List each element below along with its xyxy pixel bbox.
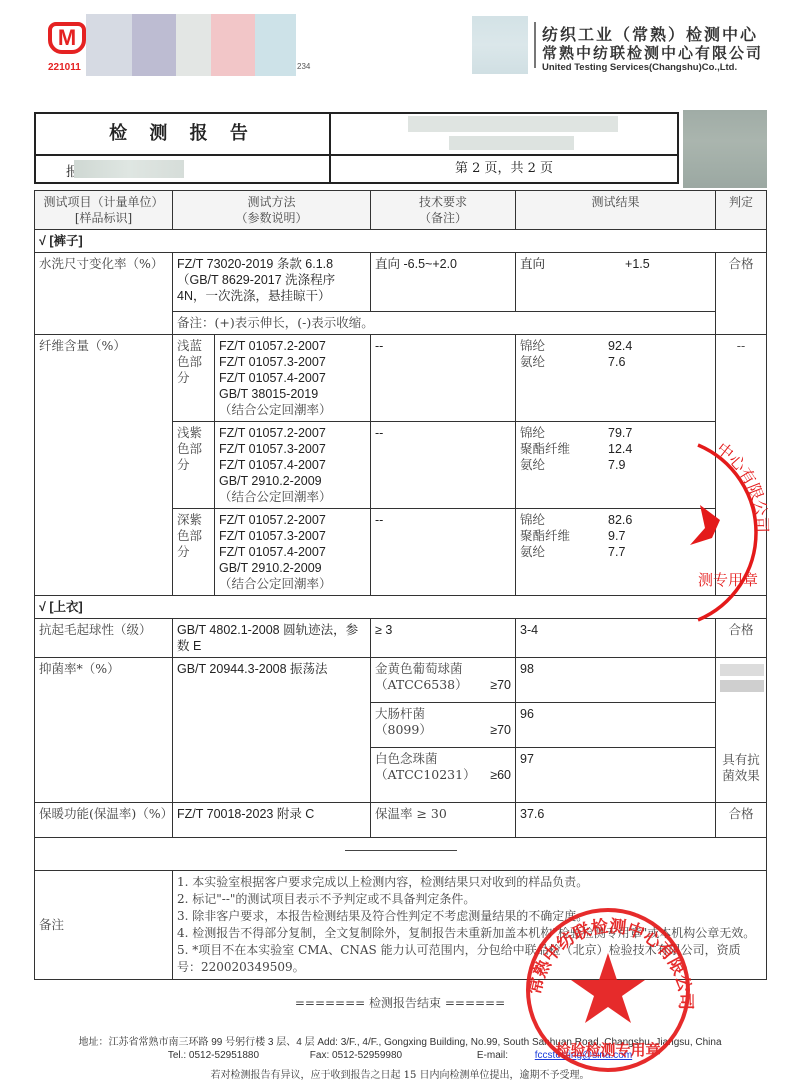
item-pilling: 抗起毛起球性（级） [35,619,173,658]
redacted-block [86,14,132,76]
verdict-antibacterial: 具有抗菌效果 [716,658,767,803]
note-item: 3. 除非客户要求，本报告检测结果及符合性判定不考虑测量结果的不确定度。 [177,908,762,925]
header-verdict: 判定 [716,191,767,230]
table-row: 抗起毛起球性（级） GB/T 4802.1-2008 圆轨迹法，参数 E ≥ 3… [35,619,767,658]
note-item: 4. 检测报告不得部分复制，全文复制除外，复制报告未重新加盖本机构"检验检测专用… [177,925,762,942]
table-row: 保暖功能(保温率)（%） FZ/T 70018-2023 附录 C 保温率 ≥ … [35,803,767,838]
method-pilling: GB/T 4802.1-2008 圆轨迹法，参数 E [173,619,371,658]
part-requirement: -- [371,335,516,422]
part-label: 深紫色部分 [173,509,215,596]
header-requirement: 技术要求 （备注） [371,191,516,230]
requirement-wash: 直向 -6.5~+2.0 [371,253,516,312]
footer-fax: Fax: 0512-52959980 [310,1050,402,1061]
requirement-pilling: ≥ 3 [371,619,516,658]
redacted-report-number [74,160,184,178]
report-title: 检 测 报 告 [36,114,329,154]
part-methods: FZ/T 01057.2-2007FZ/T 01057.3-2007FZ/T 0… [215,335,371,422]
part-requirement: -- [371,422,516,509]
method-antibacterial: GB/T 20944.3-2008 振荡法 [173,658,371,803]
part-label: 浅蓝色部分 [173,335,215,422]
redacted-block [176,14,211,76]
header-item: 测试项目（计量单位） [样品标识] [35,191,173,230]
section-label: √ [裤子] [35,230,767,253]
org-name-en: United Testing Services(Changshu)Co.,Ltd… [542,62,737,73]
header-result: 测试结果 [516,191,716,230]
method-line: 4N，一次洗涤，悬挂晾干） [177,288,366,304]
table-row: 纤维含量（%） 浅蓝色部分 FZ/T 01057.2-2007FZ/T 0105… [35,335,767,422]
item-antibacterial: 抑菌率*（%） [35,658,173,803]
results-table: 测试项目（计量单位） [样品标识] 测试方法 （参数说明） 技术要求 （备注） … [34,190,767,980]
strain-result: 96 [516,703,716,748]
divider [534,22,536,68]
method-warmth: FZ/T 70018-2023 附录 C [173,803,371,838]
method-wash: FZ/T 73020-2019 条款 6.1.8 （GB/T 8629-2017… [173,253,371,312]
footer-email: E-mail: fccstesting@sina.com [453,1050,632,1061]
separator-line [345,850,457,851]
section-row-top: √ [上衣] [35,596,767,619]
strain-result: 98 [516,658,716,703]
page-info: 第 2 页，共 2 页 [331,156,677,182]
strain-requirement: 大肠杆菌 （8099）≥70 [371,703,516,748]
strain-result: 97 [516,748,716,803]
part-requirement: -- [371,509,516,596]
redacted-client [408,116,618,132]
verdict-pilling: 合格 [716,619,767,658]
table-header-row: 测试项目（计量单位） [样品标识] 测试方法 （参数说明） 技术要求 （备注） … [35,191,767,230]
report-end-marker: ======= 检测报告结束 ====== [0,994,800,1011]
redacted-qr-code [683,110,767,188]
table-row: 备注 1. 本实验室根据客户要求完成以上检测内容，检测结果只对收到的样品负责。 … [35,871,767,980]
requirement-warmth: 保温率 ≥ 30 [371,803,516,838]
note-wash: 备注：(+)表示伸长，(-)表示收缩。 [173,312,716,335]
table-row [35,838,767,871]
footer-address: 地址：江苏省常熟市南三环路 99 号躬行楼 3 层、4 层 Add: 3/F.,… [0,1033,800,1048]
result-pilling: 3-4 [516,619,716,658]
strain-requirement: 白色念珠菌 （ATCC10231）≥60 [371,748,516,803]
verdict-wash: 合格 [716,253,767,335]
item-warmth: 保暖功能(保温率)（%） [35,803,173,838]
part-results: 锦纶79.7 聚酯纤维12.4 氨纶7.9 [516,422,716,509]
result-label: 直向 [520,256,625,272]
method-line: FZ/T 73020-2019 条款 6.1.8 [177,256,366,272]
separator-row [35,838,767,871]
result-warmth: 37.6 [516,803,716,838]
note-item: 2. 标记"--"的测试项目表示不予判定或不具备判定条件。 [177,891,762,908]
cert-number-suffix: 234 [297,62,310,71]
verdict-fiber: -- [716,335,767,596]
report-title-box: 检 测 报 告 报 第 2 页，共 2 页 [34,112,679,184]
cma-logo: M [48,22,86,54]
redacted-block [211,14,255,76]
redacted-logos [86,14,296,76]
part-results: 锦纶82.6 聚酯纤维9.7 氨纶7.7 [516,509,716,596]
redacted-block [255,14,296,76]
header-method: 测试方法 （参数说明） [173,191,371,230]
redacted-mark [720,680,764,692]
redacted-client [449,136,574,150]
footer-contact: Tel.: 0512-52951880 Fax: 0512-52959980 E… [0,1050,800,1061]
note-item: 1. 本实验室根据客户要求完成以上检测内容，检测结果只对收到的样品负责。 [177,874,762,891]
part-methods: FZ/T 01057.2-2007FZ/T 01057.3-2007FZ/T 0… [215,422,371,509]
footer-dispute-note: 若对检测报告有异议，应于收到报告之日起 15 日内向检测单位提出，逾期不予受理。 [0,1066,800,1081]
verdict-warmth: 合格 [716,803,767,838]
redacted-block [132,14,176,76]
section-label: √ [上衣] [35,596,767,619]
footer-tel: Tel.: 0512-52951880 [168,1050,259,1061]
result-wash: 直向+1.5 [516,253,716,312]
part-methods: FZ/T 01057.2-2007FZ/T 01057.3-2007FZ/T 0… [215,509,371,596]
item-fiber: 纤维含量（%） [35,335,173,596]
note-item: 5. *项目不在本实验室 CMA、CNAS 能力认可范围内，分包给中联品检（北京… [177,942,762,976]
part-label: 浅紫色部分 [173,422,215,509]
notes-content: 1. 本实验室根据客户要求完成以上检测内容，检测结果只对收到的样品负责。 2. … [173,871,767,980]
result-value: +1.5 [625,256,650,272]
redacted-mark [720,664,764,676]
part-results: 锦纶92.4 氨纶7.6 [516,335,716,422]
notes-label: 备注 [35,871,173,980]
redacted-org-logo [472,16,528,74]
method-line: （GB/T 8629-2017 洗涤程序 [177,272,366,288]
table-row: 水洗尺寸变化率（%） FZ/T 73020-2019 条款 6.1.8 （GB/… [35,253,767,312]
item-wash: 水洗尺寸变化率（%） [35,253,173,335]
email-link[interactable]: fccstesting@sina.com [535,1050,632,1061]
table-row: 抑菌率*（%） GB/T 20944.3-2008 振荡法 金黄色葡萄球菌 （A… [35,658,767,703]
cma-number: 221011 [48,62,81,73]
org-name-line2: 常熟中纺联检测中心有限公司 [542,42,763,63]
section-row-pants: √ [裤子] [35,230,767,253]
strain-requirement: 金黄色葡萄球菌 （ATCC6538）≥70 [371,658,516,703]
